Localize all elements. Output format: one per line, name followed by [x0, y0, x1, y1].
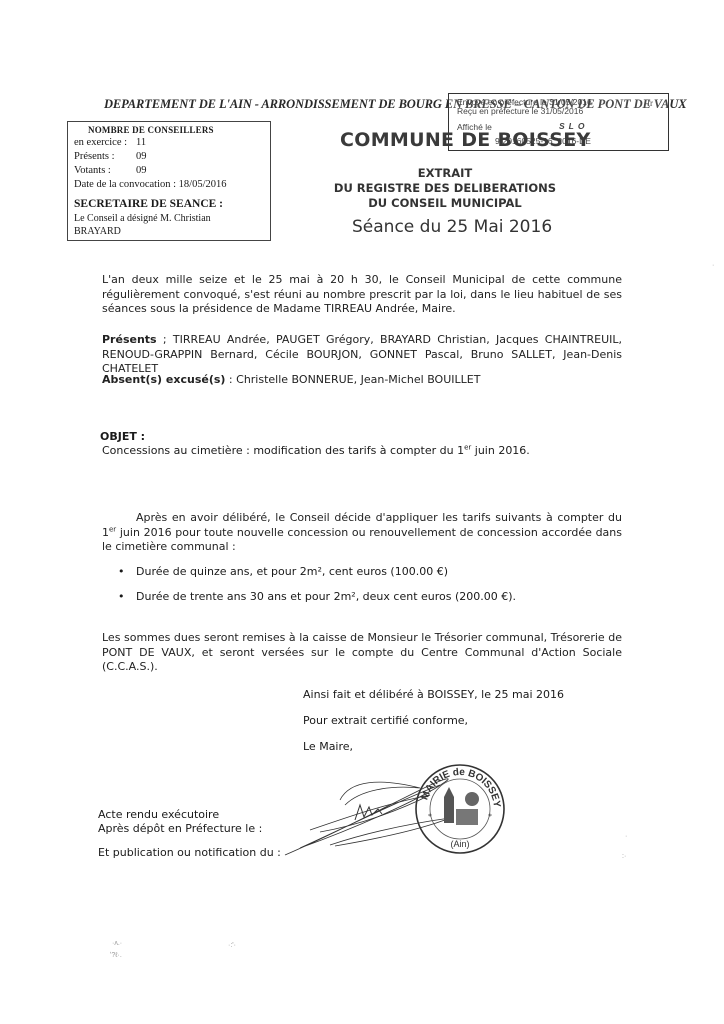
tariff-list: Durée de quinze ans, et pour 2m², cent e…	[118, 565, 598, 615]
in-office-value: 11	[136, 137, 146, 148]
svg-text:MAIRIE de BOISSEY: MAIRIE de BOISSEY	[419, 767, 502, 808]
enforceability-block: Acte rendu exécutoire Après dépôt en Pré…	[98, 808, 281, 860]
presents-list: ; TIRREAU Andrée, PAUGET Grégory, BRAYAR…	[102, 333, 622, 375]
extract-line-2: DU REGISTRE DES DELIBERATIONS	[330, 181, 560, 196]
commune-title: COMMUNE DE BOISSEY	[340, 129, 591, 151]
session-title: Séance du 25 Mai 2016	[352, 217, 552, 237]
certified-line: Pour extrait certifié conforme,	[303, 714, 564, 728]
subject-label: OBJET :	[100, 430, 145, 443]
present-label: Présents :	[74, 151, 115, 162]
tariff-item: Durée de trente ans 30 ans et pour 2m², …	[118, 590, 598, 604]
convocation-value: 18/05/2016	[179, 179, 227, 190]
council-voting: Votants : 09	[74, 165, 111, 176]
svg-text:*: *	[488, 812, 492, 821]
subject-text-end: juin 2016.	[471, 444, 530, 457]
scan-noise: :·	[622, 853, 626, 860]
extract-line-1: EXTRAIT	[330, 166, 560, 181]
council-present: Présents : 09	[74, 151, 115, 162]
signature-block: Ainsi fait et délibéré à BOISSEY, le 25 …	[303, 688, 564, 766]
subject-text: Concessions au cimetière : modification …	[102, 444, 530, 457]
done-at-line: Ainsi fait et délibéré à BOISSEY, le 25 …	[303, 688, 564, 702]
publication-line: Et publication ou notification du :	[98, 846, 281, 860]
council-info-box: NOMBRE DE CONSEILLERS en exercice : 11 P…	[67, 121, 271, 241]
scan-noise: ·	[625, 833, 627, 840]
seal-text: MAIRIE de BOISSEY	[419, 767, 502, 808]
extract-heading: EXTRAIT DU REGISTRE DES DELIBERATIONS DU…	[330, 166, 560, 211]
secretary-name: BRAYARD	[74, 226, 121, 237]
convocation-label: Date de la convocation :	[74, 179, 176, 190]
presents-label: Présents	[102, 333, 157, 346]
extract-line-3: DU CONSEIL MUNICIPAL	[330, 196, 560, 211]
present-value: 09	[136, 151, 147, 162]
in-office-label: en exercice :	[74, 137, 127, 148]
voting-value: 09	[136, 165, 147, 176]
payment-paragraph: Les sommes dues seront remises à la cais…	[102, 631, 622, 675]
scan-noise: ·:'·	[228, 942, 236, 949]
tariff-item: Durée de quinze ans, et pour 2m², cent e…	[118, 565, 598, 579]
convocation-date: Date de la convocation : 18/05/2016	[74, 179, 227, 190]
scan-noise: ·	[712, 262, 714, 269]
voting-label: Votants :	[74, 165, 111, 176]
town-hall-seal-icon: MAIRIE de BOISSEY (Ain) * *	[414, 763, 506, 855]
council-count-title: NOMBRE DE CONSEILLERS	[88, 125, 214, 135]
subject-text-main: Concessions au cimetière : modification …	[102, 444, 464, 457]
council-in-office: en exercice : 11	[74, 137, 127, 148]
absents-paragraph: Absent(s) excusé(s) : Christelle BONNERU…	[102, 373, 622, 388]
seal-region: (Ain)	[450, 839, 469, 849]
presents-paragraph: Présents ; TIRREAU Andrée, PAUGET Grégor…	[102, 333, 622, 377]
absents-label: Absent(s) excusé(s)	[102, 373, 225, 386]
svg-text:*: *	[428, 812, 432, 821]
mayor-line: Le Maire,	[303, 740, 564, 754]
prefecture-deposit-line: Après dépôt en Préfecture le :	[98, 822, 281, 836]
decision-text-end: juin 2016 pour toute nouvelle concession…	[102, 526, 622, 554]
secretary-text: Le Conseil a désigné M. Christian	[74, 213, 211, 224]
scan-noise: ʹ?ℓ·.	[110, 952, 122, 959]
absents-list: : Christelle BONNERUE, Jean-Michel BOUIL…	[225, 373, 480, 386]
decision-paragraph: Après en avoir délibéré, le Conseil déci…	[102, 511, 622, 555]
scan-noise: ·ʌ.·	[112, 940, 122, 947]
corner-mark: Ir	[647, 98, 653, 108]
intro-paragraph: L'an deux mille seize et le 25 mai à 20 …	[102, 273, 622, 317]
enforceable-line: Acte rendu exécutoire	[98, 808, 281, 822]
secretary-title: SECRETAIRE DE SEANCE :	[74, 198, 223, 210]
stamp-received-date: Reçu en préfecture le 31/05/2016	[457, 106, 583, 116]
